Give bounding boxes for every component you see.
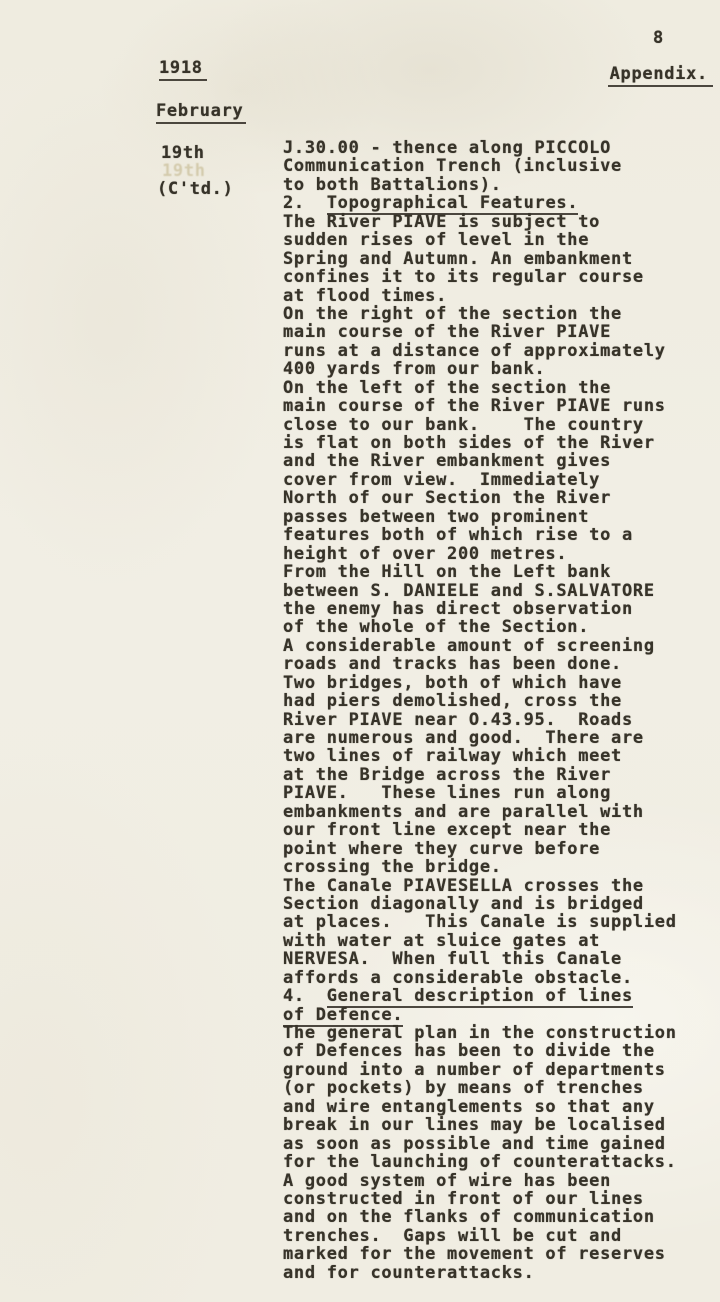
body-line: 400 yards from our bank. (283, 360, 703, 378)
body-line: (or pockets) by means of trenches (283, 1079, 703, 1097)
body-line: Two bridges, both of which have (283, 674, 703, 692)
body-text: J.30.00 - thence along PICCOLOCommunicat… (283, 139, 703, 1282)
body-line: point where they curve before (283, 840, 703, 858)
month-label: February (156, 101, 246, 124)
body-line: ground into a number of departments (283, 1061, 703, 1079)
body-line: and wire entanglements so that any (283, 1098, 703, 1116)
body-line: close to our bank. The country (283, 416, 703, 434)
body-line: are numerous and good. There are (283, 729, 703, 747)
body-line: and for counterattacks. (283, 1264, 703, 1282)
body-line: and on the flanks of communication (283, 1208, 703, 1226)
body-line: with water at sluice gates at (283, 932, 703, 950)
body-line: height of over 200 metres. (283, 545, 703, 563)
body-line: 2. Topographical Features. (283, 194, 703, 212)
body-line: as soon as possible and time gained (283, 1135, 703, 1153)
body-line: main course of the River PIAVE (283, 323, 703, 341)
body-line: main course of the River PIAVE runs (283, 397, 703, 415)
body-line: the enemy has direct observation (283, 600, 703, 618)
body-line: runs at a distance of approximately (283, 342, 703, 360)
body-line: at flood times. (283, 287, 703, 305)
body-line: to both Battalions). (283, 176, 703, 194)
body-line: at the Bridge across the River (283, 766, 703, 784)
body-line: break in our lines may be localised (283, 1116, 703, 1134)
body-line: features both of which rise to a (283, 526, 703, 544)
body-line: trenches. Gaps will be cut and (283, 1227, 703, 1245)
body-line: Section diagonally and is bridged (283, 895, 703, 913)
body-line: at places. This Canale is supplied (283, 913, 703, 931)
body-line: sudden rises of level in the (283, 231, 703, 249)
body-line: had piers demolished, cross the (283, 692, 703, 710)
body-line: A good system of wire has been (283, 1172, 703, 1190)
body-line: J.30.00 - thence along PICCOLO (283, 139, 703, 157)
year-label: 1918 (159, 58, 207, 81)
margin-day-label: 19th (161, 143, 205, 163)
body-line: 4. General description of lines (283, 987, 703, 1005)
page-number: 8 (653, 28, 664, 48)
body-line: affords a considerable obstacle. (283, 969, 703, 987)
body-line: roads and tracks has been done. (283, 655, 703, 673)
body-line: constructed in front of our lines (283, 1190, 703, 1208)
body-line: PIAVE. These lines run along (283, 784, 703, 802)
body-line: between S. DANIELE and S.SALVATORE (283, 582, 703, 600)
body-line: From the Hill on the Left bank (283, 563, 703, 581)
margin-continued-label: (C'td.) (157, 179, 234, 199)
body-line: cover from view. Immediately (283, 471, 703, 489)
body-line: for the launching of counterattacks. (283, 1153, 703, 1171)
body-line: Spring and Autumn. An embankment (283, 250, 703, 268)
body-line: two lines of railway which meet (283, 747, 703, 765)
body-line: our front line except near the (283, 821, 703, 839)
body-line: North of our Section the River (283, 489, 703, 507)
body-line: The Canale PIAVESELLA crosses the (283, 877, 703, 895)
body-line: On the right of the section the (283, 305, 703, 323)
body-line: NERVESA. When full this Canale (283, 950, 703, 968)
body-line: Communication Trench (inclusive (283, 157, 703, 175)
body-line: embankments and are parallel with (283, 803, 703, 821)
body-line: crossing the bridge. (283, 858, 703, 876)
document-page-scan: 8 1918 Appendix. February 19th 19th (C't… (0, 0, 720, 1302)
body-line: is flat on both sides of the River (283, 434, 703, 452)
margin-day-ghost-imprint: 19th (162, 161, 206, 181)
appendix-label: Appendix. (608, 64, 713, 87)
body-line: The general plan in the construction (283, 1024, 703, 1042)
body-line: passes between two prominent (283, 508, 703, 526)
body-line: River PIAVE near O.43.95. Roads (283, 711, 703, 729)
body-line: of the whole of the Section. (283, 618, 703, 636)
body-line: and the River embankment gives (283, 452, 703, 470)
body-line: On the left of the section the (283, 379, 703, 397)
body-line: marked for the movement of reserves (283, 1245, 703, 1263)
body-line: of Defence. (283, 1006, 703, 1024)
body-line: confines it to its regular course (283, 268, 703, 286)
body-line: A considerable amount of screening (283, 637, 703, 655)
body-line: of Defences has been to divide the (283, 1042, 703, 1060)
body-line: The River PIAVE is subject to (283, 213, 703, 231)
